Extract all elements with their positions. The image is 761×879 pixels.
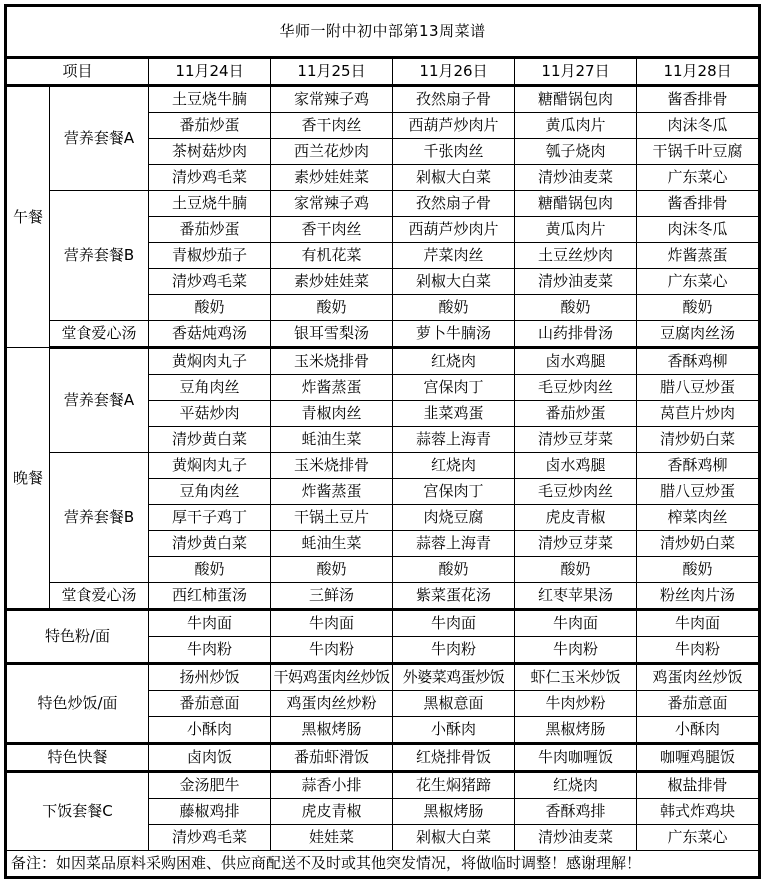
menu-cell: 娃娃菜 — [271, 825, 393, 851]
menu-cell: 花生焖猪蹄 — [393, 772, 515, 799]
menu-cell: 炸酱蒸蛋 — [271, 375, 393, 401]
menu-cell: 干锅千叶豆腐 — [637, 139, 760, 165]
menu-cell: 蒜蓉上海青 — [393, 427, 515, 453]
menu-cell: 榨菜肉丝 — [637, 505, 760, 531]
menu-cell: 蒜香小排 — [271, 772, 393, 799]
date-header: 11月26日 — [393, 58, 515, 86]
menu-cell: 家常辣子鸡 — [271, 191, 393, 217]
menu-cell: 牛肉粉 — [393, 637, 515, 664]
menu-cell: 宫保肉丁 — [393, 479, 515, 505]
menu-cell: 番茄炒蛋 — [149, 217, 271, 243]
menu-cell: 酸奶 — [149, 295, 271, 321]
menu-cell: 外婆菜鸡蛋炒饭 — [393, 664, 515, 691]
menu-cell: 剁椒大白菜 — [393, 269, 515, 295]
menu-cell: 黑椒意面 — [393, 691, 515, 717]
menu-cell: 小酥肉 — [637, 717, 760, 744]
menu-cell: 清炒油麦菜 — [515, 825, 637, 851]
menu-cell: 孜然扇子骨 — [393, 86, 515, 113]
set-label: 营养套餐A — [50, 348, 149, 453]
menu-cell: 厚干子鸡丁 — [149, 505, 271, 531]
set-label: 营养套餐B — [50, 453, 149, 583]
menu-cell: 黑椒烤肠 — [515, 717, 637, 744]
table-row: 营养套餐B 黄焖肉丸子 玉米烧排骨 红烧肉 卤水鸡腿 香酥鸡柳 — [6, 453, 760, 479]
menu-cell: 芹菜肉丝 — [393, 243, 515, 269]
menu-cell: 红烧肉 — [393, 453, 515, 479]
menu-cell: 牛肉面 — [149, 610, 271, 637]
table-row: 晚餐 营养套餐A 黄焖肉丸子 玉米烧排骨 红烧肉 卤水鸡腿 香酥鸡柳 — [6, 348, 760, 375]
menu-cell: 蚝油生菜 — [271, 427, 393, 453]
menu-cell: 藤椒鸡排 — [149, 799, 271, 825]
menu-cell: 酸奶 — [271, 557, 393, 583]
menu-cell: 孜然扇子骨 — [393, 191, 515, 217]
menu-cell: 番茄炒蛋 — [149, 113, 271, 139]
date-header: 11月25日 — [271, 58, 393, 86]
menu-cell: 清炒鸡毛菜 — [149, 269, 271, 295]
menu-cell: 香酥鸡排 — [515, 799, 637, 825]
menu-cell: 豆腐肉丝汤 — [637, 321, 760, 348]
menu-cell: 清炒油麦菜 — [515, 269, 637, 295]
menu-cell: 鸡蛋肉丝炒饭 — [637, 664, 760, 691]
menu-cell: 腊八豆炒蛋 — [637, 375, 760, 401]
menu-cell: 蚝油生菜 — [271, 531, 393, 557]
menu-cell: 土豆烧牛腩 — [149, 191, 271, 217]
menu-cell: 西红柿蛋汤 — [149, 583, 271, 610]
menu-cell: 清炒油麦菜 — [515, 165, 637, 191]
menu-cell: 韭菜鸡蛋 — [393, 401, 515, 427]
menu-cell: 土豆丝炒肉 — [515, 243, 637, 269]
menu-cell: 糖醋锅包肉 — [515, 191, 637, 217]
menu-cell: 牛肉面 — [637, 610, 760, 637]
menu-cell: 小酥肉 — [393, 717, 515, 744]
menu-cell: 干锅土豆片 — [271, 505, 393, 531]
menu-cell: 韩式炸鸡块 — [637, 799, 760, 825]
menu-cell: 牛肉粉 — [271, 637, 393, 664]
menu-cell: 咖喱鸡腿饭 — [637, 744, 760, 772]
date-header: 11月28日 — [637, 58, 760, 86]
menu-cell: 肉沫冬瓜 — [637, 113, 760, 139]
menu-cell: 西葫芦炒肉片 — [393, 113, 515, 139]
menu-cell: 清炒豆芽菜 — [515, 427, 637, 453]
menu-cell: 剁椒大白菜 — [393, 825, 515, 851]
menu-cell: 萝卜牛腩汤 — [393, 321, 515, 348]
menu-cell: 番茄意面 — [149, 691, 271, 717]
footnote: 备注：如因菜品原料采购困难、供应商配送不及时或其他突发情况，将做临时调整！感谢理… — [6, 851, 760, 878]
menu-cell: 蒜蓉上海青 — [393, 531, 515, 557]
menu-cell: 酸奶 — [515, 295, 637, 321]
menu-cell: 番茄炒蛋 — [515, 401, 637, 427]
menu-cell: 剁椒大白菜 — [393, 165, 515, 191]
menu-cell: 黄瓜肉片 — [515, 217, 637, 243]
menu-cell: 清炒黄白菜 — [149, 427, 271, 453]
weekly-menu-table: 华师一附中初中部第13周菜谱 项目 11月24日 11月25日 11月26日 1… — [4, 4, 761, 879]
menu-cell: 炸酱蒸蛋 — [637, 243, 760, 269]
menu-cell: 腊八豆炒蛋 — [637, 479, 760, 505]
menu-cell: 牛肉面 — [271, 610, 393, 637]
page-title: 华师一附中初中部第13周菜谱 — [6, 6, 760, 58]
menu-cell: 酸奶 — [637, 557, 760, 583]
menu-cell: 黄瓜肉片 — [515, 113, 637, 139]
menu-cell: 黄焖肉丸子 — [149, 453, 271, 479]
menu-cell: 牛肉面 — [515, 610, 637, 637]
menu-cell: 牛肉面 — [393, 610, 515, 637]
menu-cell: 牛肉粉 — [637, 637, 760, 664]
menu-cell: 香菇炖鸡汤 — [149, 321, 271, 348]
item-header: 项目 — [6, 58, 149, 86]
category-label: 特色快餐 — [6, 744, 149, 772]
menu-cell: 黑椒烤肠 — [393, 799, 515, 825]
menu-cell: 玉米烧排骨 — [271, 348, 393, 375]
menu-cell: 香酥鸡柳 — [637, 348, 760, 375]
menu-cell: 红烧肉 — [515, 772, 637, 799]
menu-cell: 虾仁玉米炒饭 — [515, 664, 637, 691]
menu-cell: 银耳雪梨汤 — [271, 321, 393, 348]
menu-cell: 青椒肉丝 — [271, 401, 393, 427]
menu-cell: 莴苣片炒肉 — [637, 401, 760, 427]
category-label: 特色炒饭/面 — [6, 664, 149, 744]
menu-cell: 广东菜心 — [637, 269, 760, 295]
menu-cell: 素炒娃娃菜 — [271, 269, 393, 295]
menu-cell: 椒盐排骨 — [637, 772, 760, 799]
menu-cell: 红枣苹果汤 — [515, 583, 637, 610]
menu-cell: 酸奶 — [637, 295, 760, 321]
menu-cell: 清炒豆芽菜 — [515, 531, 637, 557]
table-row: 营养套餐B 土豆烧牛腩 家常辣子鸡 孜然扇子骨 糖醋锅包肉 酱香排骨 — [6, 191, 760, 217]
menu-cell: 瓠子烧肉 — [515, 139, 637, 165]
menu-cell: 宫保肉丁 — [393, 375, 515, 401]
menu-cell: 卤水鸡腿 — [515, 453, 637, 479]
menu-cell: 酸奶 — [515, 557, 637, 583]
menu-cell: 牛肉炒粉 — [515, 691, 637, 717]
table-row: 特色炒饭/面 扬州炒饭 干妈鸡蛋肉丝炒饭 外婆菜鸡蛋炒饭 虾仁玉米炒饭 鸡蛋肉丝… — [6, 664, 760, 691]
menu-cell: 土豆烧牛腩 — [149, 86, 271, 113]
menu-cell: 酸奶 — [271, 295, 393, 321]
menu-cell: 鸡蛋肉丝炒粉 — [271, 691, 393, 717]
menu-cell: 酸奶 — [149, 557, 271, 583]
menu-cell: 黑椒烤肠 — [271, 717, 393, 744]
menu-cell: 毛豆炒肉丝 — [515, 479, 637, 505]
menu-cell: 炸酱蒸蛋 — [271, 479, 393, 505]
menu-cell: 西葫芦炒肉片 — [393, 217, 515, 243]
menu-cell: 干妈鸡蛋肉丝炒饭 — [271, 664, 393, 691]
menu-cell: 清炒奶白菜 — [637, 427, 760, 453]
menu-cell: 红烧肉 — [393, 348, 515, 375]
menu-cell: 牛肉粉 — [515, 637, 637, 664]
menu-cell: 豆角肉丝 — [149, 479, 271, 505]
menu-cell: 黄焖肉丸子 — [149, 348, 271, 375]
menu-cell: 千张肉丝 — [393, 139, 515, 165]
menu-cell: 青椒炒茄子 — [149, 243, 271, 269]
menu-cell: 虎皮青椒 — [515, 505, 637, 531]
table-row: 特色快餐 卤肉饭 番茄虾滑饭 红烧排骨饭 牛肉咖喱饭 咖喱鸡腿饭 — [6, 744, 760, 772]
table-row: 午餐 营养套餐A 土豆烧牛腩 家常辣子鸡 孜然扇子骨 糖醋锅包肉 酱香排骨 — [6, 86, 760, 113]
menu-cell: 西兰花炒肉 — [271, 139, 393, 165]
menu-cell: 山药排骨汤 — [515, 321, 637, 348]
date-header: 11月24日 — [149, 58, 271, 86]
menu-cell: 红烧排骨饭 — [393, 744, 515, 772]
meal-label-dinner: 晚餐 — [6, 348, 50, 610]
menu-cell: 香干肉丝 — [271, 113, 393, 139]
menu-cell: 卤肉饭 — [149, 744, 271, 772]
menu-cell: 茶树菇炒肉 — [149, 139, 271, 165]
menu-cell: 糖醋锅包肉 — [515, 86, 637, 113]
menu-cell: 三鲜汤 — [271, 583, 393, 610]
menu-cell: 清炒黄白菜 — [149, 531, 271, 557]
set-label: 营养套餐A — [50, 86, 149, 191]
menu-cell: 牛肉粉 — [149, 637, 271, 664]
menu-cell: 清炒鸡毛菜 — [149, 825, 271, 851]
set-label: 营养套餐B — [50, 191, 149, 321]
table-row: 堂食爱心汤 香菇炖鸡汤 银耳雪梨汤 萝卜牛腩汤 山药排骨汤 豆腐肉丝汤 — [6, 321, 760, 348]
menu-cell: 广东菜心 — [637, 165, 760, 191]
menu-cell: 平菇炒肉 — [149, 401, 271, 427]
date-header: 11月27日 — [515, 58, 637, 86]
menu-cell: 金汤肥牛 — [149, 772, 271, 799]
menu-cell: 有机花菜 — [271, 243, 393, 269]
menu-cell: 粉丝肉片汤 — [637, 583, 760, 610]
menu-cell: 家常辣子鸡 — [271, 86, 393, 113]
menu-cell: 卤水鸡腿 — [515, 348, 637, 375]
menu-cell: 番茄意面 — [637, 691, 760, 717]
menu-cell: 虎皮青椒 — [271, 799, 393, 825]
menu-cell: 广东菜心 — [637, 825, 760, 851]
menu-cell: 番茄虾滑饭 — [271, 744, 393, 772]
meal-label-lunch: 午餐 — [6, 86, 50, 348]
table-row: 下饭套餐C 金汤肥牛 蒜香小排 花生焖猪蹄 红烧肉 椒盐排骨 — [6, 772, 760, 799]
menu-cell: 扬州炒饭 — [149, 664, 271, 691]
header-row: 项目 11月24日 11月25日 11月26日 11月27日 11月28日 — [6, 58, 760, 86]
menu-cell: 酱香排骨 — [637, 86, 760, 113]
menu-cell: 清炒奶白菜 — [637, 531, 760, 557]
menu-cell: 清炒鸡毛菜 — [149, 165, 271, 191]
menu-cell: 酱香排骨 — [637, 191, 760, 217]
menu-cell: 酸奶 — [393, 557, 515, 583]
menu-cell: 香酥鸡柳 — [637, 453, 760, 479]
category-label: 下饭套餐C — [6, 772, 149, 851]
category-label: 特色粉/面 — [6, 610, 149, 664]
menu-cell: 酸奶 — [393, 295, 515, 321]
set-label: 堂食爱心汤 — [50, 583, 149, 610]
menu-cell: 肉烧豆腐 — [393, 505, 515, 531]
menu-cell: 素炒娃娃菜 — [271, 165, 393, 191]
menu-cell: 紫菜蛋花汤 — [393, 583, 515, 610]
menu-cell: 肉沫冬瓜 — [637, 217, 760, 243]
table-row: 堂食爱心汤 西红柿蛋汤 三鲜汤 紫菜蛋花汤 红枣苹果汤 粉丝肉片汤 — [6, 583, 760, 610]
set-label: 堂食爱心汤 — [50, 321, 149, 348]
menu-cell: 玉米烧排骨 — [271, 453, 393, 479]
menu-cell: 香干肉丝 — [271, 217, 393, 243]
menu-cell: 毛豆炒肉丝 — [515, 375, 637, 401]
menu-cell: 小酥肉 — [149, 717, 271, 744]
menu-cell: 牛肉咖喱饭 — [515, 744, 637, 772]
table-row: 特色粉/面 牛肉面 牛肉面 牛肉面 牛肉面 牛肉面 — [6, 610, 760, 637]
menu-cell: 豆角肉丝 — [149, 375, 271, 401]
